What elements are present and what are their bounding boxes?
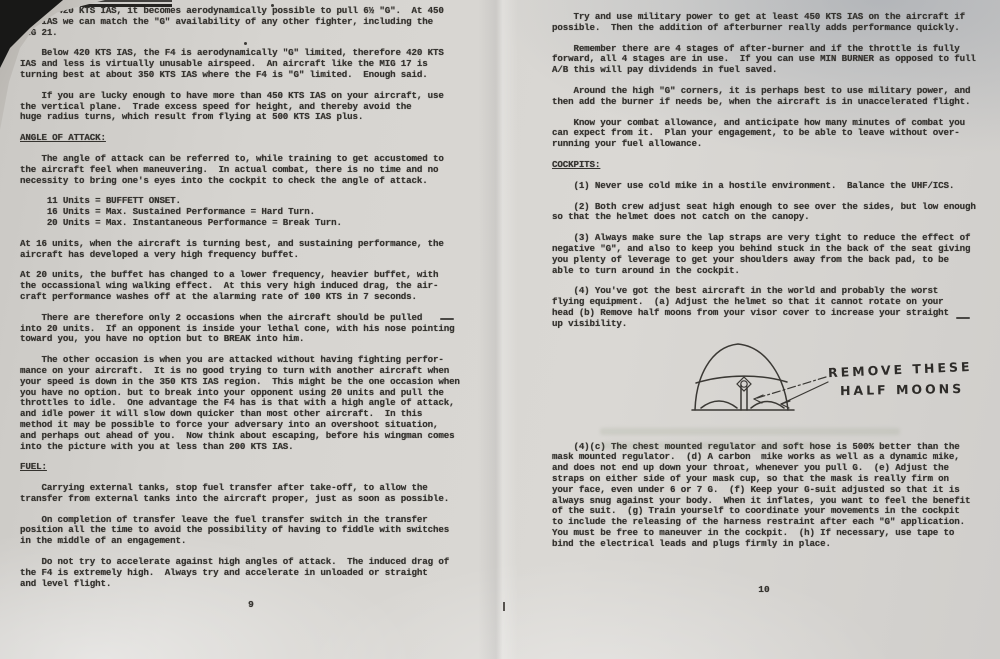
helmet-sketch-icon <box>680 340 810 420</box>
margin-dash-mark <box>956 317 970 319</box>
ink-speck <box>244 42 247 45</box>
paragraph: If you are lucky enough to have more tha… <box>20 91 482 123</box>
paragraph: (4)(c) The chest mounted regulator and s… <box>552 442 976 550</box>
paragraph: Remember there are 4 stages of after-bur… <box>552 44 976 76</box>
ink-speck <box>271 4 274 7</box>
left-page: At 420 KTS IAS, it becomes aerodynamical… <box>20 6 482 610</box>
paragraph: The other occasion is when you are attac… <box>20 355 482 452</box>
paragraph: (4) You've got the best aircraft in the … <box>552 286 976 329</box>
handwritten-note-line2: HALF MOONS <box>840 380 964 397</box>
paragraph: There are therefore only 2 occasions whe… <box>20 313 482 345</box>
helmet-sketch-figure: REMOVE THESE HALF MOONS <box>680 340 976 434</box>
bleed-through <box>600 428 900 435</box>
right-page: Try and use military power to get at lea… <box>552 12 976 595</box>
bleed-through <box>600 442 820 449</box>
paragraph: The angle of attack can be referred to, … <box>20 154 482 186</box>
paragraph: On completion of transfer leave the fuel… <box>20 515 482 547</box>
paragraph: Carrying external tanks, stop fuel trans… <box>20 483 482 505</box>
paragraph: Know your combat allowance, and anticipa… <box>552 118 976 150</box>
paragraph: (3) Always make sure the lap straps are … <box>552 233 976 276</box>
page-number-right: 10 <box>552 584 976 595</box>
page-gutter-crease <box>478 0 518 659</box>
units-list: 11 Units = BUFFETT ONSET. 16 Units = Max… <box>20 196 482 228</box>
section-heading-fuel: FUEL: <box>20 462 482 473</box>
paragraph: Below 420 KTS IAS, the F4 is aerodynamic… <box>20 48 482 80</box>
paragraph: At 20 units, the buffet has changed to a… <box>20 270 482 302</box>
section-heading-angle-of-attack: ANGLE OF ATTACK: <box>20 133 482 144</box>
scanned-document-photo: At 420 KTS IAS, it becomes aerodynamical… <box>0 0 1000 659</box>
section-heading-cockpits: COCKPITS: <box>552 160 976 171</box>
paragraph: (1) Never use cold mike in a hostile env… <box>552 181 976 192</box>
paragraph: Do not try to accelerate against high an… <box>20 557 482 589</box>
handwritten-note-line1: REMOVE THESE <box>828 358 973 379</box>
paragraph: At 16 units, when the aircraft is turnin… <box>20 239 482 261</box>
paragraph: Around the high "G" corners, it is perha… <box>552 86 976 108</box>
paragraph: (2) Both crew adjust seat high enough to… <box>552 202 976 224</box>
pen-mark <box>503 602 505 611</box>
paragraph: At 420 KTS IAS, it becomes aerodynamical… <box>20 6 482 38</box>
margin-dash-mark <box>440 318 454 320</box>
paragraph: Try and use military power to get at lea… <box>552 12 976 34</box>
page-number-left: 9 <box>20 599 482 610</box>
